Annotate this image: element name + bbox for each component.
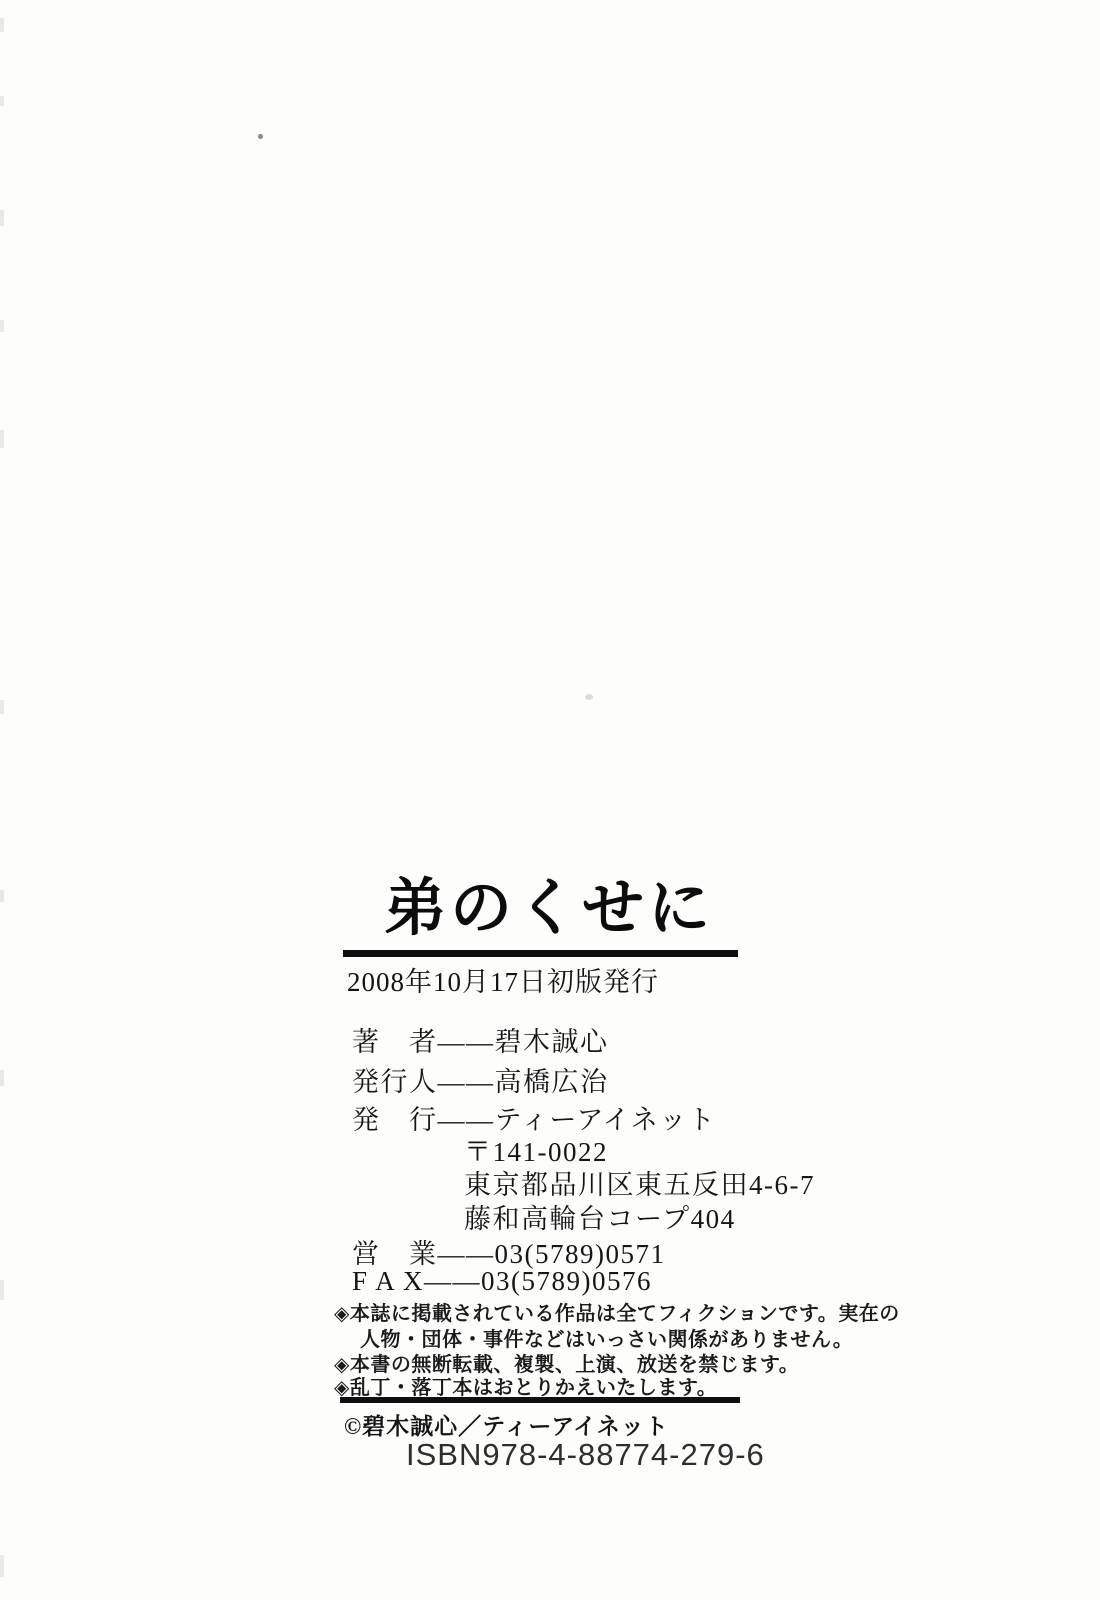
scan-artifact bbox=[0, 1280, 4, 1300]
address-building: 藤和高輪台コープ404 bbox=[464, 1197, 736, 1236]
author-line: 著 者——碧木誠心 bbox=[352, 1020, 609, 1059]
colophon-page: 弟のくせに 2008年10月17日初版発行 著 者——碧木誠心 発行人——高橋広… bbox=[0, 0, 1100, 1600]
footer-rule bbox=[340, 1397, 740, 1403]
scan-artifact bbox=[0, 430, 4, 448]
scan-artifact bbox=[0, 210, 4, 226]
edition-date: 2008年10月17日初版発行 bbox=[347, 960, 659, 999]
book-title: 弟のくせに bbox=[384, 858, 714, 947]
isbn-number: ISBN978-4-88774-279-6 bbox=[406, 1437, 765, 1473]
scan-speck bbox=[258, 134, 263, 139]
scan-artifact bbox=[0, 700, 4, 714]
scan-artifact bbox=[0, 1070, 4, 1086]
title-rule bbox=[343, 950, 738, 957]
notice-defect: ◈乱丁・落丁本はおとりかえいたします。 bbox=[334, 1371, 717, 1400]
scan-speck bbox=[585, 694, 593, 700]
scan-artifact bbox=[0, 1555, 4, 1577]
scan-artifact bbox=[0, 18, 4, 32]
scan-artifact bbox=[0, 96, 4, 106]
scan-artifact bbox=[0, 320, 4, 332]
issuer-line: 発行人——高橋広治 bbox=[352, 1060, 609, 1099]
scan-artifact bbox=[0, 890, 4, 902]
notice-fiction-line1: ◈本誌に掲載されている作品は全てフィクションです。実在の bbox=[334, 1297, 900, 1326]
fax-line: F A X——03(5789)0576 bbox=[352, 1266, 652, 1297]
